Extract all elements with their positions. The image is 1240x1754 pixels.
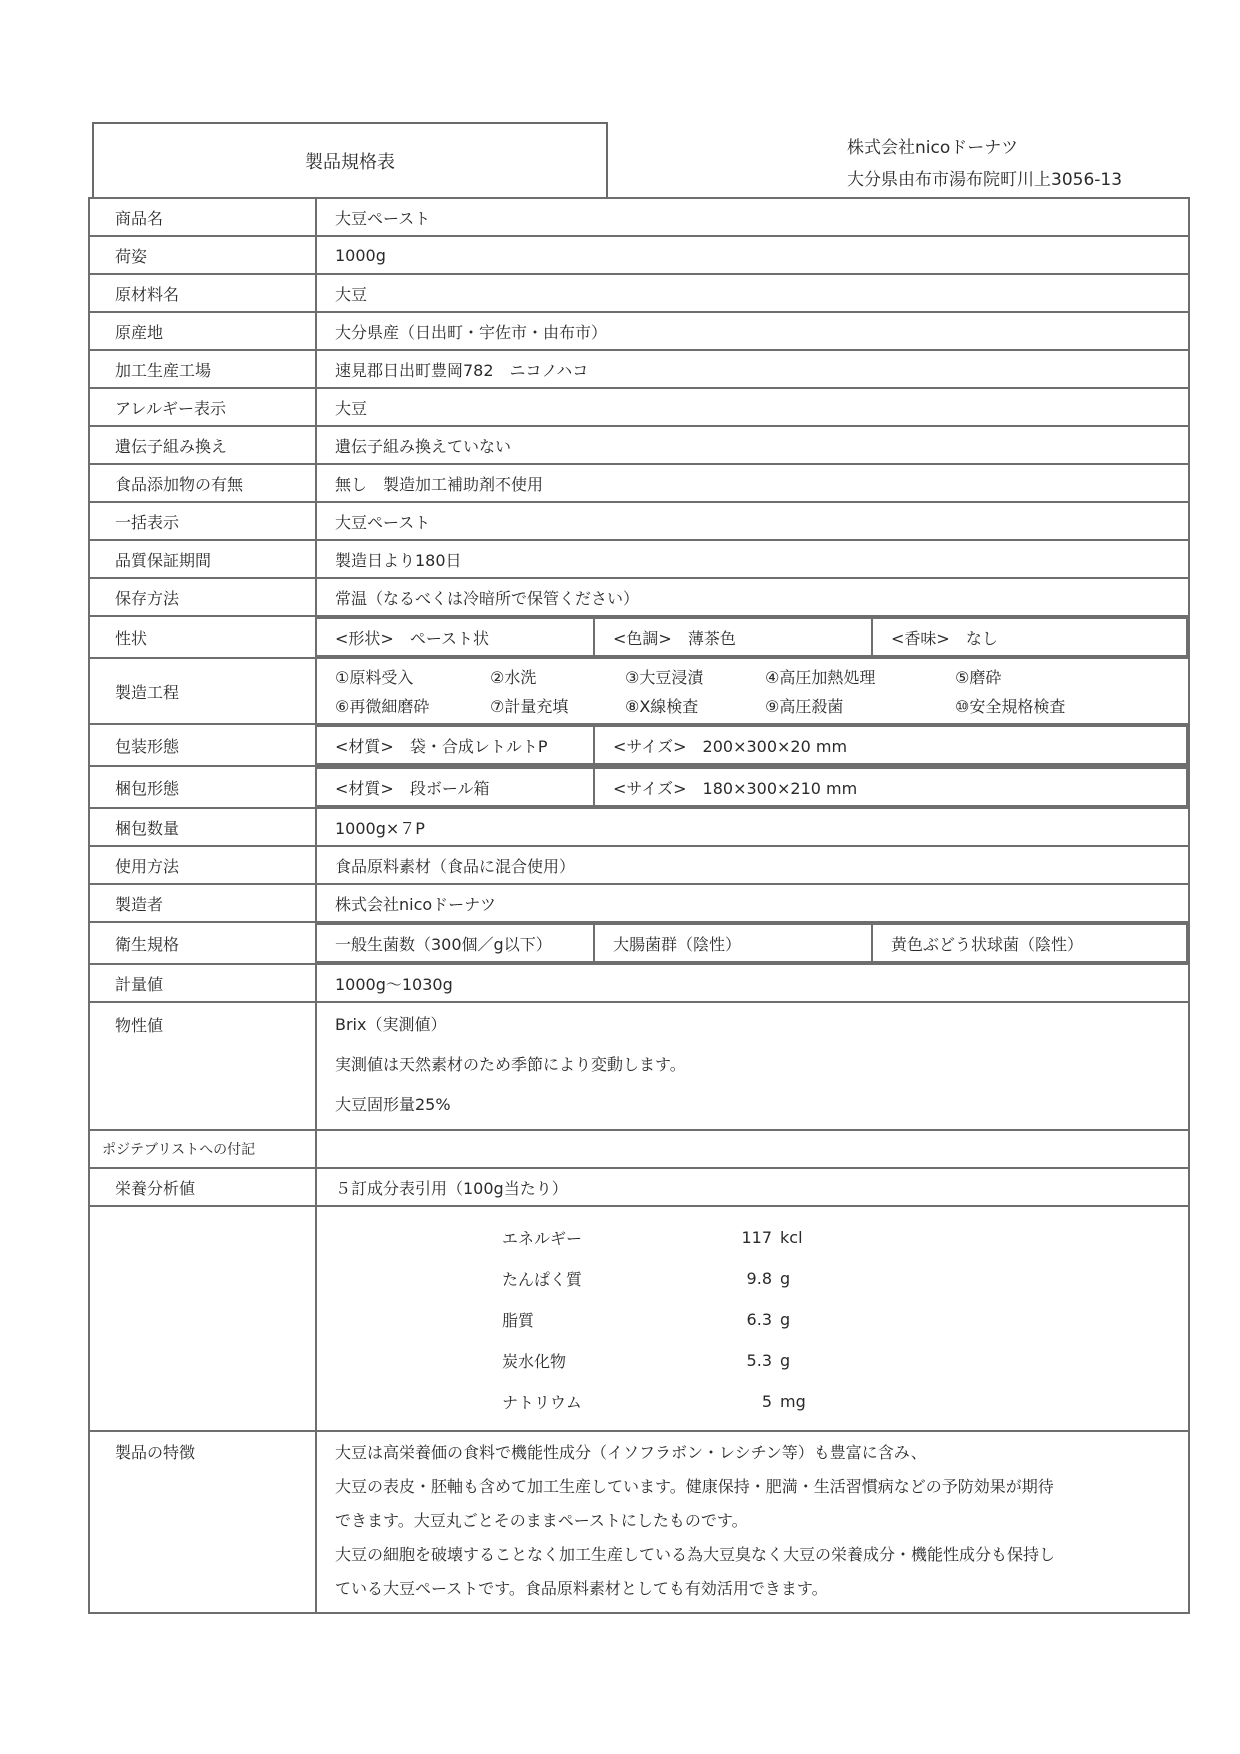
label: 梱包数量: [89, 808, 316, 846]
line: ている大豆ペーストです。食品原料素材としても有効活用できます。: [335, 1572, 1188, 1606]
nutrition-item: ナトリウム5mg: [502, 1381, 1188, 1422]
nutrition-item: エネルギー117kcl: [502, 1217, 1188, 1258]
row-properties: 性状 <形状> ペースト状 <色調> 薄茶色 <香味> なし: [89, 616, 1189, 658]
value-group: <材質> 段ボール箱 <サイズ> 180×300×210 mm: [316, 766, 1189, 808]
value: 大豆は高栄養価の食料で機能性成分（イソフラボン・レシチン等）も豊富に含み、 大豆…: [316, 1431, 1189, 1613]
step: ④高圧加熱処理: [765, 665, 955, 688]
label: 食品添加物の有無: [89, 464, 316, 502]
value: 常温（なるべくは冷暗所で保管ください）: [316, 578, 1189, 616]
value-group: <形状> ペースト状 <色調> 薄茶色 <香味> なし: [316, 616, 1189, 658]
step: ⑦計量充填: [490, 694, 625, 717]
nutrition-item: たんぱく質9.8g: [502, 1258, 1188, 1299]
label: 物性値: [89, 1002, 316, 1130]
label: アレルギー表示: [89, 388, 316, 426]
row-product-name: 商品名 大豆ペースト: [89, 198, 1189, 236]
row-ingredient: 原材料名 大豆: [89, 274, 1189, 312]
value: 大分県産（日出町・宇佐市・由布市）: [316, 312, 1189, 350]
flavor: <香味> なし: [872, 618, 1187, 656]
row-storage: 保存方法 常温（なるべくは冷暗所で保管ください）: [89, 578, 1189, 616]
material: <材質> 袋・合成レトルトP: [317, 726, 594, 764]
label: 計量値: [89, 964, 316, 1002]
line: できます。大豆丸ごとそのままペーストにしたものです。: [335, 1504, 1188, 1538]
step: ⑩安全規格検査: [955, 694, 1095, 717]
staphylococcus: 黄色ぶどう状球菌（陰性）: [872, 924, 1187, 962]
company-info: 株式会社nicoドーナツ 大分県由布市湯布院町川上3056-13: [847, 132, 1122, 196]
value: 1000g×７P: [316, 808, 1189, 846]
step: ⑤磨砕: [955, 665, 1095, 688]
row-factory: 加工生産工場 速見郡日出町豊岡782 ニコノハコ: [89, 350, 1189, 388]
row-features: 製品の特徴 大豆は高栄養価の食料で機能性成分（イソフラボン・レシチン等）も豊富に…: [89, 1431, 1189, 1613]
value: 大豆: [316, 388, 1189, 426]
size: <サイズ> 180×300×210 mm: [594, 768, 1187, 806]
step: ⑧X線検査: [625, 694, 765, 717]
step: ①原料受入: [335, 665, 490, 688]
value: 大豆ペースト: [316, 502, 1189, 540]
label: 衛生規格: [89, 922, 316, 964]
label: 遺伝子組み換え: [89, 426, 316, 464]
general-bacteria: 一般生菌数（300個／g以下）: [317, 924, 594, 962]
step: ②水洗: [490, 665, 625, 688]
spec-table: 商品名 大豆ペースト 荷姿 1000g 原材料名 大豆 原産地 大分県産（日出町…: [88, 197, 1190, 1614]
company-name: 株式会社nicoドーナツ: [847, 132, 1122, 164]
value: [316, 1130, 1189, 1168]
label: 一括表示: [89, 502, 316, 540]
spec-sheet-page: 製品規格表 株式会社nicoドーナツ 大分県由布市湯布院町川上3056-13 商…: [0, 0, 1240, 1754]
label: 品質保証期間: [89, 540, 316, 578]
label: 荷姿: [89, 236, 316, 274]
line: 大豆の細胞を破壊することなく加工生産している為大豆臭なく大豆の栄養成分・機能性成…: [335, 1538, 1188, 1572]
value: 株式会社nicoドーナツ: [316, 884, 1189, 922]
step: ⑥再微細磨砕: [335, 694, 490, 717]
row-nutrition-values: エネルギー117kcl たんぱく質9.8g 脂質6.3g 炭水化物5.3g ナト…: [89, 1206, 1189, 1431]
nutrition-item: 炭水化物5.3g: [502, 1340, 1188, 1381]
label: 栄養分析値: [89, 1168, 316, 1206]
value: 1000g～1030g: [316, 964, 1189, 1002]
value: 大豆: [316, 274, 1189, 312]
material: <材質> 段ボール箱: [317, 768, 594, 806]
row-manufacturing: 製造工程 ①原料受入 ②水洗 ③大豆浸漬 ④高圧加熱処理 ⑤磨砕 ⑥再微細磨砕 …: [89, 658, 1189, 724]
row-package-weight: 荷姿 1000g: [89, 236, 1189, 274]
line: 大豆の表皮・胚軸も含めて加工生産しています。健康保持・肥満・生活習慣病などの予防…: [335, 1470, 1188, 1504]
value: 大豆ペースト: [316, 198, 1189, 236]
row-usage: 使用方法 食品原料素材（食品に混合使用）: [89, 846, 1189, 884]
row-hygiene: 衛生規格 一般生菌数（300個／g以下） 大腸菌群（陰性） 黄色ぶどう状球菌（陰…: [89, 922, 1189, 964]
nutrition-item: 脂質6.3g: [502, 1299, 1188, 1340]
label: 原産地: [89, 312, 316, 350]
label: 包装形態: [89, 724, 316, 766]
value: Brix（実測値） 実測値は天然素材のため季節により変動します。 大豆固形量25…: [316, 1002, 1189, 1130]
value: 無し 製造加工補助剤不使用: [316, 464, 1189, 502]
size: <サイズ> 200×300×20 mm: [594, 726, 1187, 764]
nutrition-list: エネルギー117kcl たんぱく質9.8g 脂質6.3g 炭水化物5.3g ナト…: [316, 1206, 1189, 1431]
label: 性状: [89, 616, 316, 658]
row-outer-packing: 梱包形態 <材質> 段ボール箱 <サイズ> 180×300×210 mm: [89, 766, 1189, 808]
value: 食品原料素材（食品に混合使用）: [316, 846, 1189, 884]
label: 原材料名: [89, 274, 316, 312]
line: 大豆は高栄養価の食料で機能性成分（イソフラボン・レシチン等）も豊富に含み、: [335, 1436, 1188, 1470]
value-group: 一般生菌数（300個／g以下） 大腸菌群（陰性） 黄色ぶどう状球菌（陰性）: [316, 922, 1189, 964]
label: 製造者: [89, 884, 316, 922]
row-packaging: 包装形態 <材質> 袋・合成レトルトP <サイズ> 200×300×20 mm: [89, 724, 1189, 766]
label: 加工生産工場: [89, 350, 316, 388]
color: <色調> 薄茶色: [594, 618, 872, 656]
coliform: 大腸菌群（陰性）: [594, 924, 872, 962]
value: ①原料受入 ②水洗 ③大豆浸漬 ④高圧加熱処理 ⑤磨砕 ⑥再微細磨砕 ⑦計量充填…: [316, 658, 1189, 724]
value: 速見郡日出町豊岡782 ニコノハコ: [316, 350, 1189, 388]
row-positive-list: ポジテブリストへの付記: [89, 1130, 1189, 1168]
label: 使用方法: [89, 846, 316, 884]
row-gmo: 遺伝子組み換え 遺伝子組み換えていない: [89, 426, 1189, 464]
label: 製品の特徴: [89, 1431, 316, 1613]
step: ⑨高圧殺菌: [765, 694, 955, 717]
line: 実測値は天然素材のため季節により変動します。: [335, 1045, 1188, 1085]
row-bulk-label: 一括表示 大豆ペースト: [89, 502, 1189, 540]
row-allergy: アレルギー表示 大豆: [89, 388, 1189, 426]
label: 梱包形態: [89, 766, 316, 808]
row-origin: 原産地 大分県産（日出町・宇佐市・由布市）: [89, 312, 1189, 350]
value: 1000g: [316, 236, 1189, 274]
row-packing-qty: 梱包数量 1000g×７P: [89, 808, 1189, 846]
value: 製造日より180日: [316, 540, 1189, 578]
line: 大豆固形量25%: [335, 1085, 1188, 1125]
row-additives: 食品添加物の有無 無し 製造加工補助剤不使用: [89, 464, 1189, 502]
step: ③大豆浸漬: [625, 665, 765, 688]
row-weight-range: 計量値 1000g～1030g: [89, 964, 1189, 1002]
value-group: <材質> 袋・合成レトルトP <サイズ> 200×300×20 mm: [316, 724, 1189, 766]
label: 製造工程: [89, 658, 316, 724]
label: 商品名: [89, 198, 316, 236]
company-address: 大分県由布市湯布院町川上3056-13: [847, 164, 1122, 196]
row-shelf-life: 品質保証期間 製造日より180日: [89, 540, 1189, 578]
value: ５訂成分表引用（100g当たり）: [316, 1168, 1189, 1206]
value: 遺伝子組み換えていない: [316, 426, 1189, 464]
row-physical: 物性値 Brix（実測値） 実測値は天然素材のため季節により変動します。 大豆固…: [89, 1002, 1189, 1130]
document-title: 製品規格表: [92, 122, 608, 198]
label: 保存方法: [89, 578, 316, 616]
label: ポジテブリストへの付記: [89, 1130, 316, 1168]
label-empty: [89, 1206, 316, 1431]
row-manufacturer: 製造者 株式会社nicoドーナツ: [89, 884, 1189, 922]
shape: <形状> ペースト状: [317, 618, 594, 656]
row-nutrition: 栄養分析値 ５訂成分表引用（100g当たり）: [89, 1168, 1189, 1206]
line: Brix（実測値）: [335, 1005, 1188, 1045]
